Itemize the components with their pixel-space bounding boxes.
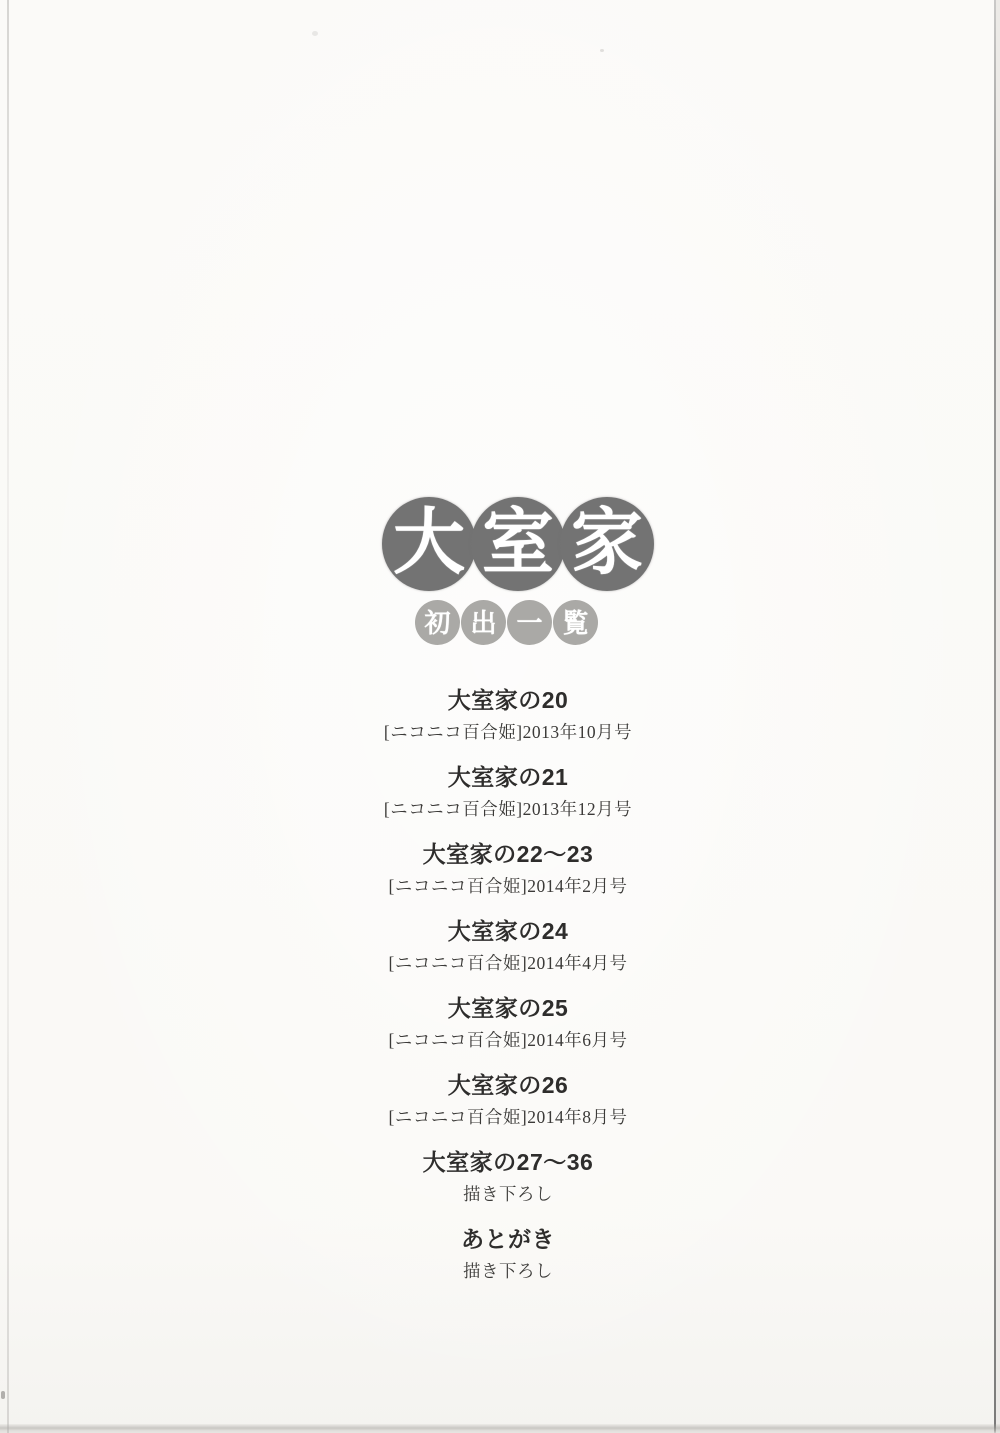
entry-title: 大室家の21 xyxy=(8,761,1000,793)
entry-title: 大室家の22～23 xyxy=(8,838,1000,870)
publication-list: 大室家の20 [ニコニコ百合姫]2013年10月号 大室家の21 [ニコニコ百合… xyxy=(8,684,1000,1300)
logo-circle-2: 室 xyxy=(471,497,565,591)
logo-char: 室 xyxy=(482,507,554,579)
subtitle-char: 覧 xyxy=(562,610,588,636)
scan-speck xyxy=(600,49,604,52)
entry-source: [ニコニコ百合姫]2013年12月号 xyxy=(8,794,1000,825)
subtitle-char: 出 xyxy=(470,610,496,636)
publication-entry: 大室家の27～36 描き下ろし xyxy=(8,1146,1000,1223)
subtitle-char: 一 xyxy=(516,610,542,636)
series-title-logo: 大 室 家 xyxy=(382,497,649,591)
page-edge-bottom-shadow xyxy=(0,1424,1000,1433)
publication-entry: 大室家の21 [ニコニコ百合姫]2013年12月号 xyxy=(8,761,1000,838)
entry-title: 大室家の25 xyxy=(8,992,1000,1024)
logo-char: 家 xyxy=(571,507,643,579)
entry-source: 描き下ろし xyxy=(8,1256,1000,1287)
publication-entry: 大室家の22～23 [ニコニコ百合姫]2014年2月号 xyxy=(8,838,1000,915)
logo-circle-1: 大 xyxy=(382,497,476,591)
scan-speck xyxy=(1,1391,5,1399)
subtitle-circle-2: 出 xyxy=(461,600,506,645)
entry-source: [ニコニコ百合姫]2014年6月号 xyxy=(8,1025,1000,1056)
publication-entry: 大室家の25 [ニコニコ百合姫]2014年6月号 xyxy=(8,992,1000,1069)
subtitle-circle-4: 覧 xyxy=(553,600,598,645)
entry-source: [ニコニコ百合姫]2014年8月号 xyxy=(8,1102,1000,1133)
subtitle-first-publication-list: 初 出 一 覧 xyxy=(415,600,599,645)
publication-entry: 大室家の20 [ニコニコ百合姫]2013年10月号 xyxy=(8,684,1000,761)
entry-source: 描き下ろし xyxy=(8,1179,1000,1210)
subtitle-char: 初 xyxy=(424,610,450,636)
subtitle-circle-1: 初 xyxy=(415,600,460,645)
entry-source: [ニコニコ百合姫]2013年10月号 xyxy=(8,717,1000,748)
subtitle-circle-3: 一 xyxy=(507,600,552,645)
entry-title: あとがき xyxy=(8,1223,1000,1255)
logo-char: 大 xyxy=(393,507,465,579)
publication-entry: 大室家の24 [ニコニコ百合姫]2014年4月号 xyxy=(8,915,1000,992)
publication-entry: あとがき 描き下ろし xyxy=(8,1223,1000,1300)
entry-title: 大室家の24 xyxy=(8,915,1000,947)
entry-title: 大室家の27～36 xyxy=(8,1146,1000,1178)
scan-speck xyxy=(312,31,318,36)
entry-title: 大室家の26 xyxy=(8,1069,1000,1101)
entry-source: [ニコニコ百合姫]2014年2月号 xyxy=(8,871,1000,902)
logo-circle-3: 家 xyxy=(560,497,654,591)
scanned-book-page: 大 室 家 初 出 一 覧 大室家の20 [ニコニコ百合姫]2013年10月号 … xyxy=(0,0,1000,1433)
publication-entry: 大室家の26 [ニコニコ百合姫]2014年8月号 xyxy=(8,1069,1000,1146)
entry-source: [ニコニコ百合姫]2014年4月号 xyxy=(8,948,1000,979)
entry-title: 大室家の20 xyxy=(8,684,1000,716)
